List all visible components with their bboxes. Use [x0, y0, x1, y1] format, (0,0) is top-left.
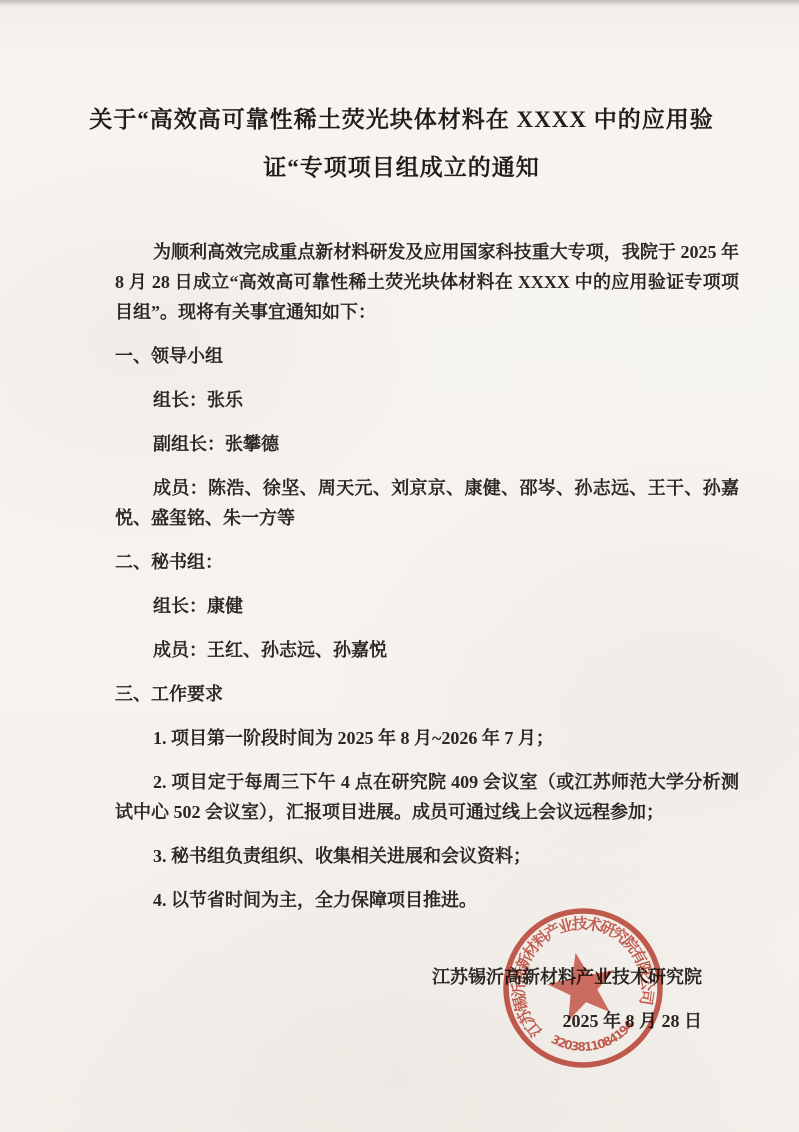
- notice-title-line1: 关于“高效高可靠性稀土荧光块体材料在 XXXX 中的应用验: [10, 96, 793, 144]
- intro-paragraph: 为顺利高效完成重点新材料研发及应用国家科技重大专项，我院于 2025 年 8 月…: [115, 237, 739, 327]
- section-3-item: 3. 秘书组负责组织、收集相关进展和会议资料；: [115, 841, 739, 871]
- section-heading-3: 三、工作要求: [115, 679, 739, 709]
- scan-edge-shadow: [0, 0, 799, 6]
- seal-star-icon: [542, 946, 622, 1024]
- section-1-item: 副组长：张攀德: [115, 429, 739, 459]
- section-2-item: 组长：康健: [115, 591, 739, 621]
- official-seal: 江苏锡沂高新材料产业技术研究院有限公司 3203811084194: [483, 888, 683, 1088]
- section-1-item: 组长：张乐: [115, 385, 739, 415]
- scanned-notice-page: 关于“高效高可靠性稀土荧光块体材料在 XXXX 中的应用验 证“专项项目组成立的…: [0, 0, 799, 1132]
- section-2-item: 成员：王红、孙志远、孙嘉悦: [115, 635, 739, 665]
- notice-title: 关于“高效高可靠性稀土荧光块体材料在 XXXX 中的应用验 证“专项项目组成立的…: [10, 96, 793, 192]
- section-heading-2: 二、秘书组：: [115, 547, 739, 577]
- section-3-item: 1. 项目第一阶段时间为 2025 年 8 月~2026 年 7 月；: [115, 723, 739, 753]
- section-1-item: 成员：陈浩、徐坚、周天元、刘京京、康健、邵岑、孙志远、王干、孙嘉悦、盛玺铭、朱一…: [115, 473, 739, 533]
- notice-title-line2: 证“专项项目组成立的通知: [10, 144, 793, 192]
- section-heading-1: 一、领导小组: [115, 341, 739, 371]
- notice-body: 为顺利高效完成重点新材料研发及应用国家科技重大专项，我院于 2025 年 8 月…: [115, 237, 739, 929]
- section-3-item: 2. 项目定于每周三下午 4 点在研究院 409 会议室（或江苏师范大学分析测试…: [115, 767, 739, 827]
